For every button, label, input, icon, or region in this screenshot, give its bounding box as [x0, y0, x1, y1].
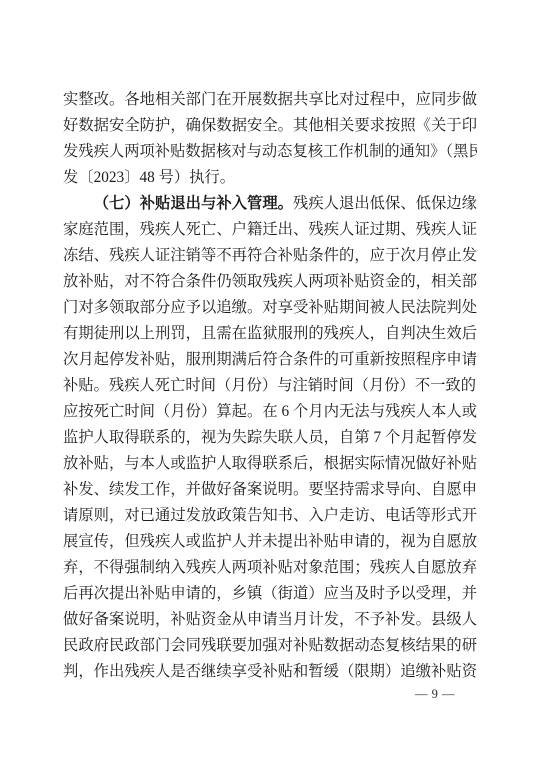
document-page: 实整改。各地相关部门在开展数据共享比对过程中，应同步做 好数据安全防护，确保数据… — [0, 0, 538, 762]
text-line: 应按死亡时间（月份）算起。在 6 个月内无法与残疾人本人或 — [63, 399, 477, 425]
text-line: 门对多领取部分应予以追缴。对享受补贴期间被人民法院判处 — [63, 295, 477, 321]
text-line-section-heading: （七）补贴退出与补入管理。残疾人退出低保、低保边缘 — [63, 191, 477, 217]
text-line: 做好备案说明，补贴资金从申请当月计发，不予补发。县级人 — [63, 607, 477, 633]
text-line: 监护人取得联系的，视为失踪失联人员，自第 7 个月起暂停发 — [63, 425, 477, 451]
text-line: 弃，不得强制纳入残疾人两项补贴对象范围；残疾人自愿放弃 — [63, 555, 477, 581]
text-line: 家庭范围，残疾人死亡、户籍迁出、残疾人证过期、残疾人证 — [63, 217, 477, 243]
text-line: 次月起停发补贴，服刑期满后符合条件的可重新按照程序申请 — [63, 347, 477, 373]
section-heading-label: （七）补贴退出与补入管理。 — [94, 195, 293, 212]
text-line: 补贴。残疾人死亡时间（月份）与注销时间（月份）不一致的， — [63, 373, 477, 399]
text-line: 发残疾人两项补贴数据核对与动态复核工作机制的通知》（黑民 — [63, 139, 477, 165]
text-line: 民政府民政部门会同残联要加强对补贴数据动态复核结果的研 — [63, 633, 477, 659]
text-line: 好数据安全防护，确保数据安全。其他相关要求按照《关于印 — [63, 113, 477, 139]
text-line: 放补贴，与本人或监护人取得联系后，根据实际情况做好补贴 — [63, 451, 477, 477]
text-line: 发〔2023〕48 号）执行。 — [63, 165, 477, 191]
page-number: — 9 — — [415, 687, 455, 701]
text-line: 判，作出残疾人是否继续享受补贴和暂缓（限期）追缴补贴资 — [63, 659, 477, 685]
text-line: 放补贴，对不符合条件仍领取残疾人两项补贴资金的，相关部 — [63, 269, 477, 295]
text-line: 补发、续发工作，并做好备案说明。要坚持需求导向、自愿申 — [63, 477, 477, 503]
text-line-continuation: 残疾人退出低保、低保边缘 — [293, 195, 477, 212]
text-line: 冻结、残疾人证注销等不再符合补贴条件的，应于次月停止发 — [63, 243, 477, 269]
document-text-block: 实整改。各地相关部门在开展数据共享比对过程中，应同步做 好数据安全防护，确保数据… — [63, 87, 477, 685]
text-line: 展宣传，但残疾人或监护人并未提出补贴申请的，视为自愿放 — [63, 529, 477, 555]
text-line: 请原则，对已通过发放政策告知书、入户走访、电话等形式开 — [63, 503, 477, 529]
text-line: 后再次提出补贴申请的，乡镇（街道）应当及时予以受理，并 — [63, 581, 477, 607]
text-line: 实整改。各地相关部门在开展数据共享比对过程中，应同步做 — [63, 87, 477, 113]
text-line: 有期徒刑以上刑罚，且需在监狱服刑的残疾人，自判决生效后 — [63, 321, 477, 347]
